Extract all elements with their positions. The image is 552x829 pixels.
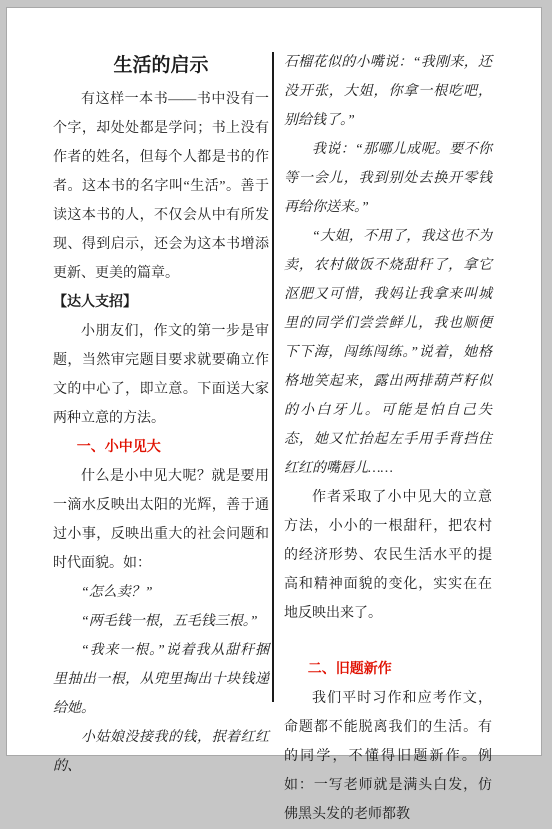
method-2-explanation: 我们平时习作和应考作文，命题都不能脱离我们的生活。有的同学，不懂得旧题新作。例如… bbox=[284, 684, 492, 759]
tips-section-heading: 【达人支招】 bbox=[53, 288, 269, 317]
story-paragraph-4: “大姐，不用了，我这也不为卖，农村做饭不烧甜秆了，拿它沤肥又可惜，我妈让我拿来叫… bbox=[284, 222, 492, 483]
story-quote-line-1: “怎么卖？” bbox=[53, 578, 269, 607]
intro-paragraph: 有这样一本书——书中没有一个字，却处处都是学问；书上没有作者的姓名，但每个人都是… bbox=[53, 85, 269, 288]
method-1-heading: 一、小中见大 bbox=[53, 433, 269, 462]
story-paragraph-2-continued: 石榴花似的小嘴说：“我刚来，还没开张，大姐，你拿一根吃吧，别给钱了。” bbox=[284, 48, 492, 135]
two-column-layout: 生活的启示 有这样一本书——书中没有一个字，却处处都是学问；书上没有作者的姓名，… bbox=[7, 8, 541, 759]
document-title: 生活的启示 bbox=[53, 48, 269, 84]
method-2-heading: 二、旧题新作 bbox=[284, 655, 492, 684]
story-paragraph-3: 我说：“那哪儿成呢。要不你等一会儿，我到别处去换开零钱再给你送来。” bbox=[284, 135, 492, 222]
document-page: 生活的启示 有这样一本书——书中没有一个字，却处处都是学问；书上没有作者的姓名，… bbox=[7, 8, 541, 755]
story-paragraph-1: “我来一根。”说着我从甜秆捆里抽出一根，从兜里掏出十块钱递给她。 bbox=[53, 636, 269, 723]
column-divider-rule bbox=[272, 52, 274, 702]
right-column: 石榴花似的小嘴说：“我刚来，还没开张，大姐，你拿一根吃吧，别给钱了。” 我说：“… bbox=[284, 48, 492, 759]
story-quote-line-2: “两毛钱一根，五毛钱三根。” bbox=[53, 607, 269, 636]
story-paragraph-2-start: 小姑娘没接我的钱，抿着红红的、 bbox=[53, 723, 269, 759]
left-column: 生活的启示 有这样一本书——书中没有一个字，却处处都是学问；书上没有作者的姓名，… bbox=[53, 48, 269, 759]
method-1-explanation: 什么是小中见大呢？就是要用一滴水反映出太阳的光辉，善于通过小事，反映出重大的社会… bbox=[53, 462, 269, 578]
tips-intro-paragraph: 小朋友们，作文的第一步是审题，当然审完题目要求就要确立作文的中心了，即立意。下面… bbox=[53, 317, 269, 433]
method-1-analysis: 作者采取了小中见大的立意方法，小小的一根甜秆，把农村的经济形势、农民生活水平的提… bbox=[284, 483, 492, 628]
